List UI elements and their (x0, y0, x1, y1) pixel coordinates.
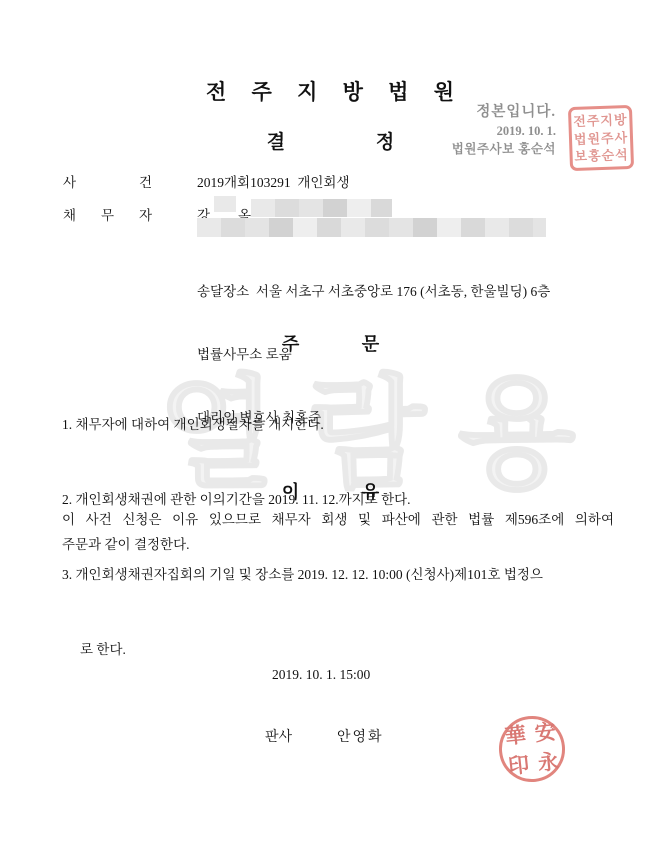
judge-name: 안영화 (337, 726, 384, 746)
decision-datetime: 2019. 10. 1. 15:00 (272, 667, 370, 683)
reason-line-2: 주문과 같이 결정한다. (62, 532, 614, 557)
round-seal-char: 華 (504, 724, 527, 747)
order-item-1: 1. 채무자에 대하여 개인회생절차를 개시한다. (62, 412, 543, 437)
debtor-label-char: 채 (63, 204, 76, 224)
reason-paragraph: 이 사건 신청은 이유 있으므로 채무자 회생 및 파산에 관한 법률 제596… (62, 507, 614, 557)
reason-line-1: 이 사건 신청은 이유 있으므로 채무자 회생 및 파산에 관한 법률 제596… (62, 507, 614, 532)
service-address-line: 송달장소 서울 서초구 서초중앙로 176 (서초동, 한울빌딩) 6층 (197, 281, 550, 302)
round-seal-char: 安 (534, 721, 557, 744)
certification-officer: 법원주사보 홍순석 (452, 142, 556, 158)
debtor-label-char: 무 (101, 204, 114, 224)
certification-stamp: 정본입니다. 2019. 10. 1. 법원주사보 홍순석 (452, 103, 556, 157)
square-seal-row: 법원주사 (574, 131, 629, 146)
certification-date: 2019. 10. 1. (452, 124, 556, 140)
redaction-block-name (214, 196, 236, 212)
court-square-seal: 전주지방 법원주사 보홍순석 (568, 105, 634, 171)
order-item-3: 3. 개인회생채권자집회의 기일 및 장소를 2019. 12. 12. 10:… (62, 562, 543, 587)
order-item-3-continued: 로 한다. (62, 637, 543, 662)
court-name-title: 전 주 지 방 법 원 (0, 76, 661, 106)
judge-round-seal: 華 安 印 永 (496, 713, 569, 786)
redaction-block-line2 (197, 218, 546, 237)
debtor-label: 채 무 자 (63, 204, 152, 224)
document-type-title: 결 정 (0, 127, 661, 154)
redaction-block-line1 (251, 199, 392, 217)
round-seal-char: 印 (507, 754, 530, 777)
court-decision-document: 열람용 전 주 지 방 법 원 결 정 정본입니다. 2019. 10. 1. … (0, 0, 661, 846)
order-section-heading: 주 문 (0, 330, 661, 356)
case-label-char: 건 (139, 171, 152, 191)
round-seal-char: 永 (537, 751, 560, 774)
square-seal-row: 전주지방 (573, 113, 628, 128)
case-number-value: 2019개회103291 개인회생 (197, 171, 350, 191)
case-label: 사 건 (63, 171, 152, 191)
case-label-char: 사 (63, 171, 76, 191)
square-seal-row: 보홍순석 (574, 148, 629, 163)
certification-statement: 정본입니다. (452, 103, 556, 121)
judge-title-label: 판사 (265, 726, 292, 746)
reason-section-heading: 이 유 (0, 478, 661, 504)
debtor-label-char: 자 (139, 204, 152, 224)
